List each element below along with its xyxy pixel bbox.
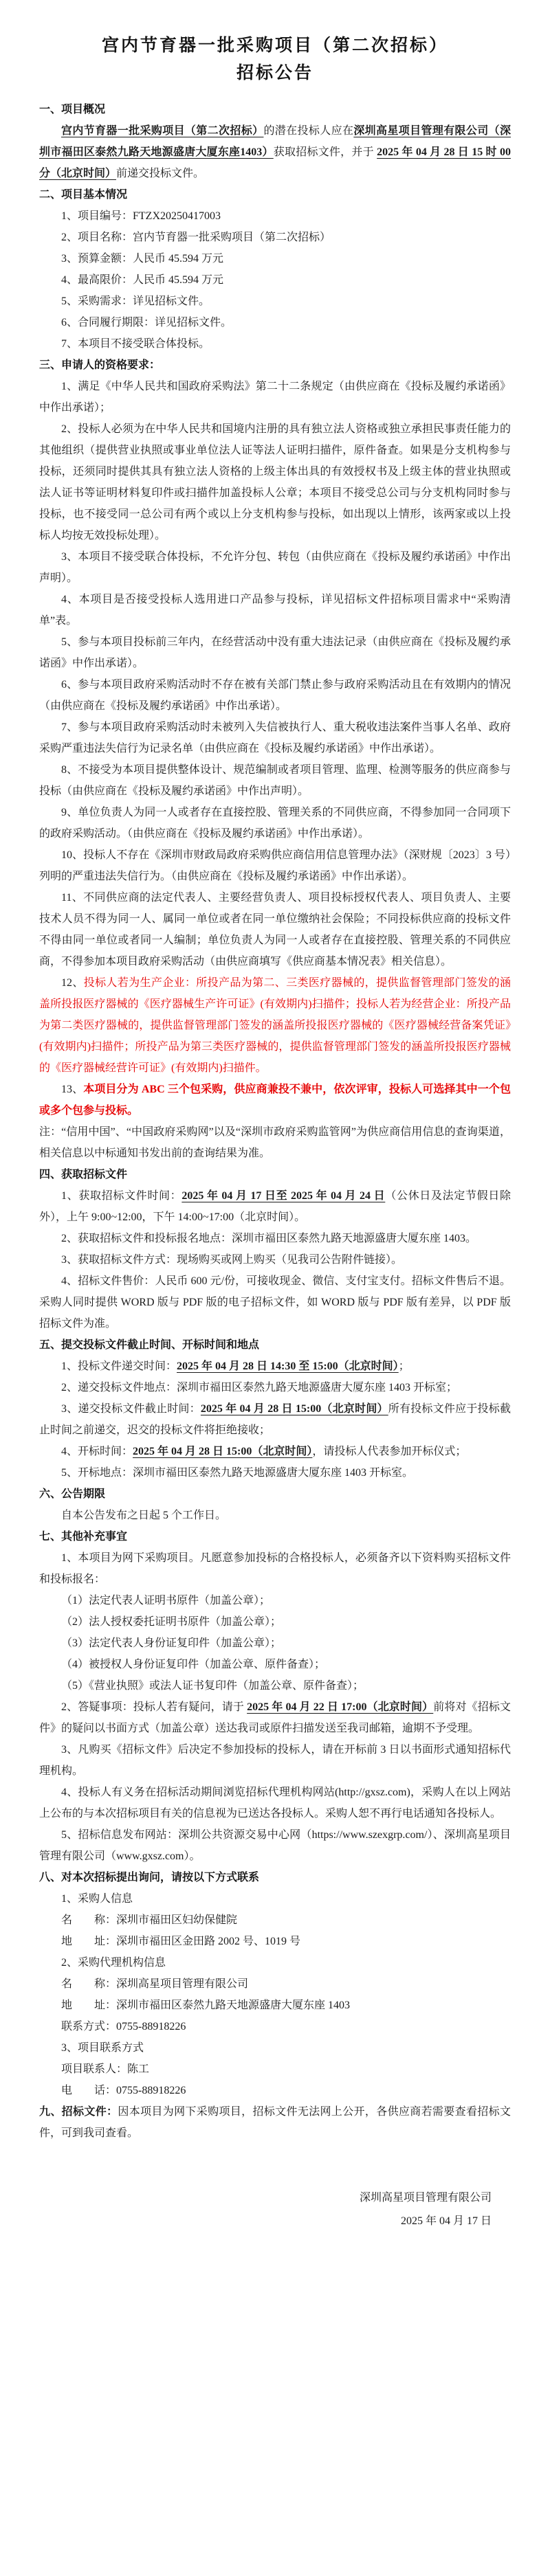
paragraph: 4、招标文件售价：人民币 600 元/份，可接收现金、微信、支付宝支付。招标文件… bbox=[39, 1270, 511, 1334]
text-segment: 2、获取招标文件和投标报名地点：深圳市福田区泰然九路天地源盛唐大厦东座 1403… bbox=[61, 1233, 476, 1244]
paragraph: 3、项目联系方式 bbox=[39, 2037, 511, 2059]
text-segment: 1、采购人信息 bbox=[61, 1893, 133, 1905]
paragraph: 1、满足《中华人民共和国政府采购法》第二十二条规定（由供应商在《投标及履约承诺函… bbox=[39, 376, 511, 418]
paragraph: 4、最高限价：人民币 45.594 万元 bbox=[39, 269, 511, 291]
text-segment: 4、本项目是否接受投标人选用进口产品参与投标，详见招标文件招标项目需求中“采购清… bbox=[39, 594, 511, 627]
paragraph: 6、合同履行期限：详见招标文件。 bbox=[39, 312, 511, 333]
text-segment: 七、其他补充事宜 bbox=[39, 1531, 127, 1543]
paragraph: 1、获取招标文件时间：2025 年 04 月 17 日至 2025 年 04 月… bbox=[39, 1185, 511, 1228]
text-segment: 3、预算金额：人民币 45.594 万元 bbox=[61, 253, 223, 265]
text-segment: 4、投标人有义务在招标活动期间浏览招标代理机构网站(http://gxsz.co… bbox=[39, 1787, 511, 1819]
paragraph: 2、项目名称：宫内节育器一批采购项目（第二次招标） bbox=[39, 227, 511, 248]
document-body: 一、项目概况宫内节育器一批采购项目（第二次招标）的潜在投标人应在深圳高星项目管理… bbox=[39, 99, 511, 2144]
section-heading: 一、项目概况 bbox=[39, 99, 511, 120]
document-page: 宫内节育器一批采购项目（第二次招标） 招标公告 一、项目概况宫内节育器一批采购项… bbox=[0, 0, 550, 2576]
text-segment: 地 址：深圳市福田区泰然九路天地源盛唐大厦东座 1403 bbox=[61, 2000, 350, 2011]
text-segment: 2025 年 04 月 28 日 14:30 至 15:00（北京时间） bbox=[177, 1360, 399, 1372]
paragraph: 1、本项目为网下采购项目。凡愿意参加投标的合格投标人，必须备齐以下资料购买招标文… bbox=[39, 1547, 511, 1590]
paragraph: 8、不接受为本项目提供整体设计、规范编制或者项目管理、监理、检测等服务的供应商参… bbox=[39, 759, 511, 802]
paragraph: 1、采购人信息 bbox=[39, 1888, 511, 1909]
text-segment: 六、公告期限 bbox=[39, 1488, 105, 1500]
paragraph: 电 话：0755-88918226 bbox=[39, 2080, 511, 2101]
text-segment: 2025 年 04 月 22 日 17:00（北京时间） bbox=[247, 1701, 433, 1713]
paragraph: 4、本项目是否接受投标人选用进口产品参与投标，详见招标文件招标项目需求中“采购清… bbox=[39, 589, 511, 631]
text-segment: 自本公告发布之日起 5 个工作日。 bbox=[61, 1510, 226, 1521]
paragraph: 2、获取招标文件和投标报名地点：深圳市福田区泰然九路天地源盛唐大厦东座 1403… bbox=[39, 1228, 511, 1249]
paragraph: 1、项目编号：FTZX20250417003 bbox=[39, 205, 511, 227]
paragraph: 九、招标文件：因本项目为网下采购项目，招标文件无法网上公开，各供应商若需要查看招… bbox=[39, 2101, 511, 2144]
text-segment: 投标人若为生产企业：所投产品为第二、三类医疗器械的，提供监督管理部门签发的涵盖所… bbox=[39, 977, 511, 1074]
text-segment: 的潜在投标人应在 bbox=[263, 125, 353, 137]
text-segment: 2、采购代理机构信息 bbox=[61, 1957, 166, 1969]
paragraph: 2、投标人必须为在中华人民共和国境内注册的具有独立法人资格或独立承担民事责任能力… bbox=[39, 418, 511, 546]
text-segment: 5、开标地点：深圳市福田区泰然九路天地源盛唐大厦东座 1403 开标室。 bbox=[61, 1467, 413, 1479]
text-segment: 4、开标时间： bbox=[61, 1446, 133, 1457]
paragraph: 2、答疑事项：投标人若有疑问，请于 2025 年 04 月 22 日 17:00… bbox=[39, 1696, 511, 1739]
text-segment: 3、获取招标文件方式：现场购买或网上购买（见我司公告附件链接）。 bbox=[61, 1254, 402, 1266]
text-segment: 2025 年 04 月 28 日 15:00（北京时间） bbox=[201, 1403, 388, 1415]
text-segment: 前递交投标文件。 bbox=[116, 168, 204, 179]
paragraph: 11、不同供应商的法定代表人、主要经营负责人、项目投标授权代表人、项目负责人、主… bbox=[39, 887, 511, 972]
text-segment: 9、单位负责人为同一人或者存在直接控股、管理关系的不同供应商，不得参加同一合同项… bbox=[39, 807, 511, 840]
text-segment: 2、项目名称：宫内节育器一批采购项目（第二次招标） bbox=[61, 232, 331, 243]
signature-block: 深圳高星项目管理有限公司 2025 年 04 月 17 日 bbox=[39, 2186, 511, 2233]
text-segment: 1、项目编号：FTZX20250417003 bbox=[61, 210, 221, 222]
text-segment: 1、投标文件递交时间： bbox=[61, 1360, 177, 1372]
text-segment: 5、采购需求：详见招标文件。 bbox=[61, 295, 210, 307]
paragraph: 13、本项目分为 ABC 三个包采购，供应商兼投不兼中，依次评审，投标人可选择其… bbox=[39, 1079, 511, 1121]
paragraph: 5、参与本项目投标前三年内，在经营活动中没有重大违法记录（由供应商在《投标及履约… bbox=[39, 631, 511, 674]
text-segment: （2）法人授权委托证明书原件（加盖公章）； bbox=[61, 1616, 281, 1628]
paragraph: 5、采购需求：详见招标文件。 bbox=[39, 291, 511, 312]
text-segment: 3、项目联系方式 bbox=[61, 2042, 144, 2054]
paragraph: 5、招标信息发布网站：深圳公共资源交易中心网（https://www.szexg… bbox=[39, 1824, 511, 1867]
paragraph: 3、预算金额：人民币 45.594 万元 bbox=[39, 248, 511, 269]
paragraph: 联系方式：0755-88918226 bbox=[39, 2016, 511, 2037]
text-segment: 2、递交投标文件地点：深圳市福田区泰然九路天地源盛唐大厦东座 1403 开标室； bbox=[61, 1382, 457, 1393]
text-segment: 6、参与本项目政府采购活动时不存在被有关部门禁止参与政府采购活动且在有效期内的情… bbox=[39, 679, 511, 712]
text-segment: 4、招标文件售价：人民币 600 元/份，可接收现金、微信、支付宝支付。招标文件… bbox=[39, 1275, 511, 1330]
document-title-line-2: 招标公告 bbox=[39, 59, 511, 87]
paragraph: 7、参与本项目政府采购活动时未被列入失信被执行人、重大税收违法案件当事人名单、政… bbox=[39, 717, 511, 759]
text-segment: 宫内节育器一批采购项目（第二次招标） bbox=[61, 125, 263, 137]
document-title-line-1: 宫内节育器一批采购项目（第二次招标） bbox=[39, 32, 511, 59]
paragraph: 地 址：深圳市福田区金田路 2002 号、1019 号 bbox=[39, 1931, 511, 1952]
paragraph: 1、投标文件递交时间：2025 年 04 月 28 日 14:30 至 15:0… bbox=[39, 1356, 511, 1377]
text-segment: 2、答疑事项：投标人若有疑问，请于 bbox=[61, 1701, 247, 1713]
text-segment: 2025 年 04 月 17 日至 2025 年 04 月 24 日 bbox=[181, 1190, 385, 1202]
paragraph: 3、获取招标文件方式：现场购买或网上购买（见我司公告附件链接）。 bbox=[39, 1249, 511, 1270]
text-segment: 8、不接受为本项目提供整体设计、规范编制或者项目管理、监理、检测等服务的供应商参… bbox=[39, 764, 511, 797]
text-segment: 10、投标人不存在《深圳市财政局政府采购供应商信用信息管理办法》（深财规〔202… bbox=[39, 849, 511, 882]
paragraph: 7、本项目不接受联合体投标。 bbox=[39, 333, 511, 355]
text-segment: 2025 年 04 月 28 日 15:00（北京时间） bbox=[133, 1446, 312, 1457]
paragraph: 2、采购代理机构信息 bbox=[39, 1952, 511, 1973]
text-segment: 6、合同履行期限：详见招标文件。 bbox=[61, 317, 232, 328]
paragraph: 3、递交投标文件截止时间：2025 年 04 月 28 日 15:00（北京时间… bbox=[39, 1398, 511, 1441]
paragraph: 项目联系人：陈工 bbox=[39, 2059, 511, 2080]
text-segment: 3、凡购买《招标文件》后决定不参加投标的投标人，请在开标前 3 日以书面形式通知… bbox=[39, 1744, 511, 1777]
text-segment: ，请投标人代表参加开标仪式； bbox=[312, 1446, 466, 1457]
section-heading: 七、其他补充事宜 bbox=[39, 1526, 511, 1547]
text-segment: 获取招标文件，并于 bbox=[274, 146, 377, 158]
paragraph: 4、投标人有义务在招标活动期间浏览招标代理机构网站(http://gxsz.co… bbox=[39, 1782, 511, 1824]
text-segment: 7、参与本项目政府采购活动时未被列入失信被执行人、重大税收违法案件当事人名单、政… bbox=[39, 721, 511, 754]
paragraph: 6、参与本项目政府采购活动时不存在被有关部门禁止参与政府采购活动且在有效期内的情… bbox=[39, 674, 511, 717]
section-heading: 四、获取招标文件 bbox=[39, 1164, 511, 1185]
text-segment: 九、招标文件： bbox=[39, 2106, 118, 2118]
paragraph: 9、单位负责人为同一人或者存在直接控股、管理关系的不同供应商，不得参加同一合同项… bbox=[39, 802, 511, 844]
paragraph: 名 称：深圳市福田区妇幼保健院 bbox=[39, 1909, 511, 1931]
text-segment: 3、本项目不接受联合体投标，不允许分包、转包（由供应商在《投标及履约承诺函》中作… bbox=[39, 551, 511, 584]
text-segment: 一、项目概况 bbox=[39, 104, 105, 115]
section-heading: 五、提交投标文件截止时间、开标时间和地点 bbox=[39, 1334, 511, 1356]
text-segment: 名 称：深圳市福田区妇幼保健院 bbox=[61, 1914, 237, 1926]
text-segment: （3）法定代表人身份证复印件（加盖公章）； bbox=[61, 1637, 281, 1649]
paragraph: 3、凡购买《招标文件》后决定不参加投标的投标人，请在开标前 3 日以书面形式通知… bbox=[39, 1739, 511, 1782]
paragraph: 宫内节育器一批采购项目（第二次招标）的潜在投标人应在深圳高星项目管理有限公司（深… bbox=[39, 120, 511, 184]
text-segment: 二、项目基本情况 bbox=[39, 189, 127, 201]
paragraph: （4）被授权人身份证复印件（加盖公章、原件备查）； bbox=[39, 1654, 511, 1675]
document-title: 宫内节育器一批采购项目（第二次招标） 招标公告 bbox=[39, 32, 511, 87]
signature-company: 深圳高星项目管理有限公司 bbox=[39, 2186, 492, 2210]
text-segment: 11、不同供应商的法定代表人、主要经营负责人、项目投标授权代表人、项目负责人、主… bbox=[39, 892, 511, 967]
text-segment: 7、本项目不接受联合体投标。 bbox=[61, 338, 210, 350]
text-segment: 2、投标人必须为在中华人民共和国境内注册的具有独立法人资格或独立承担民事责任能力… bbox=[39, 423, 511, 541]
text-segment: 本项目分为 ABC 三个包采购，供应商兼投不兼中，依次评审，投标人可选择其中一个… bbox=[39, 1084, 511, 1117]
text-segment: （1）法定代表人证明书原件（加盖公章）； bbox=[61, 1595, 270, 1606]
paragraph: 4、开标时间：2025 年 04 月 28 日 15:00（北京时间），请投标人… bbox=[39, 1441, 511, 1462]
text-segment: 项目联系人：陈工 bbox=[61, 2063, 149, 2075]
text-segment: ； bbox=[399, 1360, 410, 1372]
text-segment: 四、获取招标文件 bbox=[39, 1169, 127, 1180]
paragraph: （3）法定代表人身份证复印件（加盖公章）； bbox=[39, 1633, 511, 1654]
section-heading: 三、申请人的资格要求： bbox=[39, 355, 511, 376]
paragraph: 2、递交投标文件地点：深圳市福田区泰然九路天地源盛唐大厦东座 1403 开标室； bbox=[39, 1377, 511, 1398]
section-heading: 二、项目基本情况 bbox=[39, 184, 511, 205]
text-segment: 13、 bbox=[61, 1084, 83, 1095]
text-segment: 5、参与本项目投标前三年内，在经营活动中没有重大违法记录（由供应商在《投标及履约… bbox=[39, 636, 511, 669]
section-heading: 八、对本次招标提出询问，请按以下方式联系 bbox=[39, 1867, 511, 1888]
text-segment: 名 称：深圳高星项目管理有限公司 bbox=[61, 1978, 248, 1990]
text-segment: 三、申请人的资格要求： bbox=[39, 359, 160, 371]
paragraph: 名 称：深圳高星项目管理有限公司 bbox=[39, 1973, 511, 1995]
section-heading: 六、公告期限 bbox=[39, 1483, 511, 1505]
text-segment: 1、满足《中华人民共和国政府采购法》第二十二条规定（由供应商在《投标及履约承诺函… bbox=[39, 381, 511, 414]
text-segment: 联系方式：0755-88918226 bbox=[61, 2021, 186, 2032]
paragraph: 12、投标人若为生产企业：所投产品为第二、三类医疗器械的，提供监督管理部门签发的… bbox=[39, 972, 511, 1079]
text-segment: 1、本项目为网下采购项目。凡愿意参加投标的合格投标人，必须备齐以下资料购买招标文… bbox=[39, 1552, 511, 1585]
paragraph: 5、开标地点：深圳市福田区泰然九路天地源盛唐大厦东座 1403 开标室。 bbox=[39, 1462, 511, 1483]
text-segment: 5、招标信息发布网站：深圳公共资源交易中心网（https://www.szexg… bbox=[39, 1829, 511, 1862]
text-segment: 4、最高限价：人民币 45.594 万元 bbox=[61, 274, 223, 286]
signature-date: 2025 年 04 月 17 日 bbox=[39, 2210, 492, 2233]
paragraph: 自本公告发布之日起 5 个工作日。 bbox=[39, 1505, 511, 1526]
text-segment: 3、递交投标文件截止时间： bbox=[61, 1403, 201, 1415]
text-segment: 五、提交投标文件截止时间、开标时间和地点 bbox=[39, 1339, 259, 1351]
text-segment: 八、对本次招标提出询问，请按以下方式联系 bbox=[39, 1872, 259, 1883]
text-segment: 1、获取招标文件时间： bbox=[61, 1190, 181, 1202]
paragraph: 地 址：深圳市福田区泰然九路天地源盛唐大厦东座 1403 bbox=[39, 1995, 511, 2016]
text-segment: （4）被授权人身份证复印件（加盖公章、原件备查）； bbox=[61, 1659, 325, 1670]
paragraph: （1）法定代表人证明书原件（加盖公章）； bbox=[39, 1590, 511, 1611]
paragraph: 10、投标人不存在《深圳市财政局政府采购供应商信用信息管理办法》（深财规〔202… bbox=[39, 844, 511, 887]
text-segment: 注：“信用中国”、“中国政府采购网”以及“深圳市政府采购监管网”为供应商信用信息… bbox=[39, 1126, 511, 1159]
text-segment: （5）《营业执照》或法人证书复印件（加盖公章、原件备查）； bbox=[61, 1680, 364, 1692]
paragraph: （2）法人授权委托证明书原件（加盖公章）； bbox=[39, 1611, 511, 1633]
paragraph: 注：“信用中国”、“中国政府采购网”以及“深圳市政府采购监管网”为供应商信用信息… bbox=[39, 1121, 511, 1164]
paragraph: （5）《营业执照》或法人证书复印件（加盖公章、原件备查）； bbox=[39, 1675, 511, 1696]
text-segment: 12、 bbox=[61, 977, 84, 989]
text-segment: 电 话：0755-88918226 bbox=[61, 2085, 186, 2096]
text-segment: 地 址：深圳市福田区金田路 2002 号、1019 号 bbox=[61, 1936, 300, 1947]
paragraph: 3、本项目不接受联合体投标，不允许分包、转包（由供应商在《投标及履约承诺函》中作… bbox=[39, 546, 511, 589]
